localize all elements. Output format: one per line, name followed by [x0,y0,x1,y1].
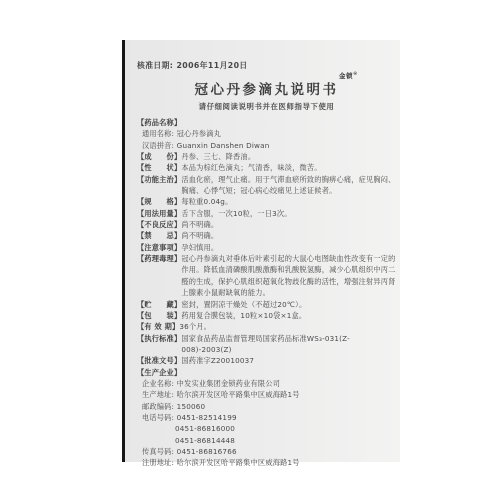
screenshot-canvas: 金锁® 核准日期: 2006年11月20日 冠心丹参滴丸说明书 请仔细阅读说明书… [0,0,500,500]
sub-field-row: 0451-86814448 [137,435,396,446]
field-value: 中发实业集团金锁药业有限公司 [177,378,396,389]
field-value: Guanxin Danshen Diwan [177,140,396,151]
field-key [142,435,175,446]
section-row: 【药品名称】 [137,117,396,128]
section-label: 【批准文号】 [137,355,181,366]
section-text: 舌下含服，一次10粒，一日3次。 [181,208,396,219]
field-key: 电话号码: [142,412,177,423]
field-key: 生产地址: [142,389,177,400]
section-label: 【禁 忌】 [137,230,181,241]
leaflet-title: 冠心丹参滴丸说明书 [137,78,396,98]
field-value: 哈尔滨开发区哈平路集中区威海路1号 [177,457,396,468]
section-row: 【药理毒理】冠心丹参滴丸对垂体后叶素引起的大鼠心电图缺血性改变有一定的作用。降低… [137,253,396,298]
sub-field-row: 0451-86816000 [137,423,396,434]
section-label: 【成 份】 [137,151,181,162]
section-label: 【执行标准】 [137,333,181,344]
sub-field-row: 注册地址: 哈尔滨开发区哈平路集中区威海路1号 [137,457,396,468]
section-text: 尚不明确。 [181,230,396,241]
sub-field-row: 汉语拼音: Guanxin Danshen Diwan [137,140,396,151]
section-label: 【药品名称】 [137,117,181,128]
section-label: 【贮 藏】 [137,299,181,310]
field-key: 企业名称: [142,378,177,389]
field-key: 邮政编码: [142,401,177,412]
leaflet-subtitle: 请仔细阅读说明书并在医师指导下使用 [137,101,396,112]
section-text: 本品为棕红色滴丸；气清香，味淡，微苦。 [181,162,396,173]
sub-field-row: 生产地址: 哈尔滨开发区哈平路集中区威海路1号 [137,389,396,400]
field-value: 0451-86816766 [177,446,396,457]
section-label: 【药理毒理】 [137,253,181,264]
field-key: 传真号码: [142,446,177,457]
section-row: 【执行标准】国家食品药品监督管理局国家药品标准WS₃-031(Z-008)-20… [137,333,396,356]
section-text: 密封，置阴凉干燥处（不超过20℃）。 [181,299,396,310]
section-text: 孕妇慎用。 [181,242,396,253]
field-value: 0451-82514199 [177,412,396,423]
section-row: 【注意事项】孕妇慎用。 [137,242,396,253]
section-row: 【性 状】本品为棕红色滴丸；气清香，味淡，微苦。 [137,162,396,173]
section-text: 国家食品药品监督管理局国家药品标准WS₃-031(Z-008)-2003(Z) [181,333,396,356]
field-value: 0451-86814448 [175,435,396,446]
field-value: 150060 [177,401,396,412]
section-row: 【有 效 期】36个月。 [137,321,396,332]
section-row: 【用法用量】舌下含服，一次10粒，一日3次。 [137,208,396,219]
sub-field-row: 通用名称: 冠心丹参滴丸 [137,128,396,139]
section-label: 【有 效 期】 [137,321,179,332]
sections-list: 【药品名称】通用名称: 冠心丹参滴丸汉语拼音: Guanxin Danshen … [137,117,396,469]
section-row: 【功能主治】活血化瘀，理气止痛。用于气滞血瘀所致的胸痹心痛，症见胸闷、胸痛、心悸… [137,174,396,197]
field-key: 通用名称: [142,128,177,139]
section-label: 【性 状】 [137,162,181,173]
field-key: 注册地址: [142,457,177,468]
section-label: 【不良反应】 [137,219,181,230]
section-label: 【包 装】 [137,310,181,321]
sub-field-row: 电话号码: 0451-82514199 [137,412,396,423]
leaflet-content: 核准日期: 2006年11月20日 冠心丹参滴丸说明书 请仔细阅读说明书并在医师… [122,40,400,462]
section-text: 国药准字Z20010037 [181,355,396,366]
section-text: 活血化瘀，理气止痛。用于气滞血瘀所致的胸痹心痛，症见胸闷、胸痛、心悸气短；冠心病… [181,174,396,197]
field-value: 冠心丹参滴丸 [177,128,396,139]
field-value: 哈尔滨开发区哈平路集中区威海路1号 [177,389,396,400]
section-row: 【成 份】丹参、三七、降香油。 [137,151,396,162]
section-text: 每粒重0.04g。 [181,196,396,207]
section-text: 丹参、三七、降香油。 [181,151,396,162]
sub-field-row: 传真号码: 0451-86816766 [137,446,396,457]
section-row: 【包 装】药用复合膜包装，10粒×10袋×1盒。 [137,310,396,321]
sub-field-row: 邮政编码: 150060 [137,401,396,412]
section-text: 药用复合膜包装，10粒×10袋×1盒。 [181,310,396,321]
field-value: 0451-86816000 [175,423,396,434]
section-text: 冠心丹参滴丸对垂体后叶素引起的大鼠心电图缺血性改变有一定的作用。降低血清磷酸肌酸… [181,253,396,298]
section-label: 【用法用量】 [137,208,181,219]
section-row: 【生产企业】 [137,367,396,378]
approval-date-label: 核准日期: [137,61,173,70]
section-label: 【注意事项】 [137,242,181,253]
section-row: 【不良反应】尚不明确。 [137,219,396,230]
section-row: 【批准文号】国药准字Z20010037 [137,355,396,366]
section-text: 尚不明确。 [181,219,396,230]
approval-date-line: 核准日期: 2006年11月20日 [137,60,396,71]
section-text: 36个月。 [179,321,396,332]
field-key [142,423,175,434]
section-label: 【规 格】 [137,196,181,207]
field-key: 汉语拼音: [142,140,177,151]
section-row: 【禁 忌】尚不明确。 [137,230,396,241]
section-row: 【规 格】每粒重0.04g。 [137,196,396,207]
section-row: 【贮 藏】密封，置阴凉干燥处（不超过20℃）。 [137,299,396,310]
section-label: 【功能主治】 [137,174,181,185]
approval-date-value: 2006年11月20日 [176,61,247,70]
sub-field-row: 企业名称: 中发实业集团金锁药业有限公司 [137,378,396,389]
section-label: 【生产企业】 [137,367,181,378]
drug-leaflet-page: 金锁® 核准日期: 2006年11月20日 冠心丹参滴丸说明书 请仔细阅读说明书… [122,40,400,462]
